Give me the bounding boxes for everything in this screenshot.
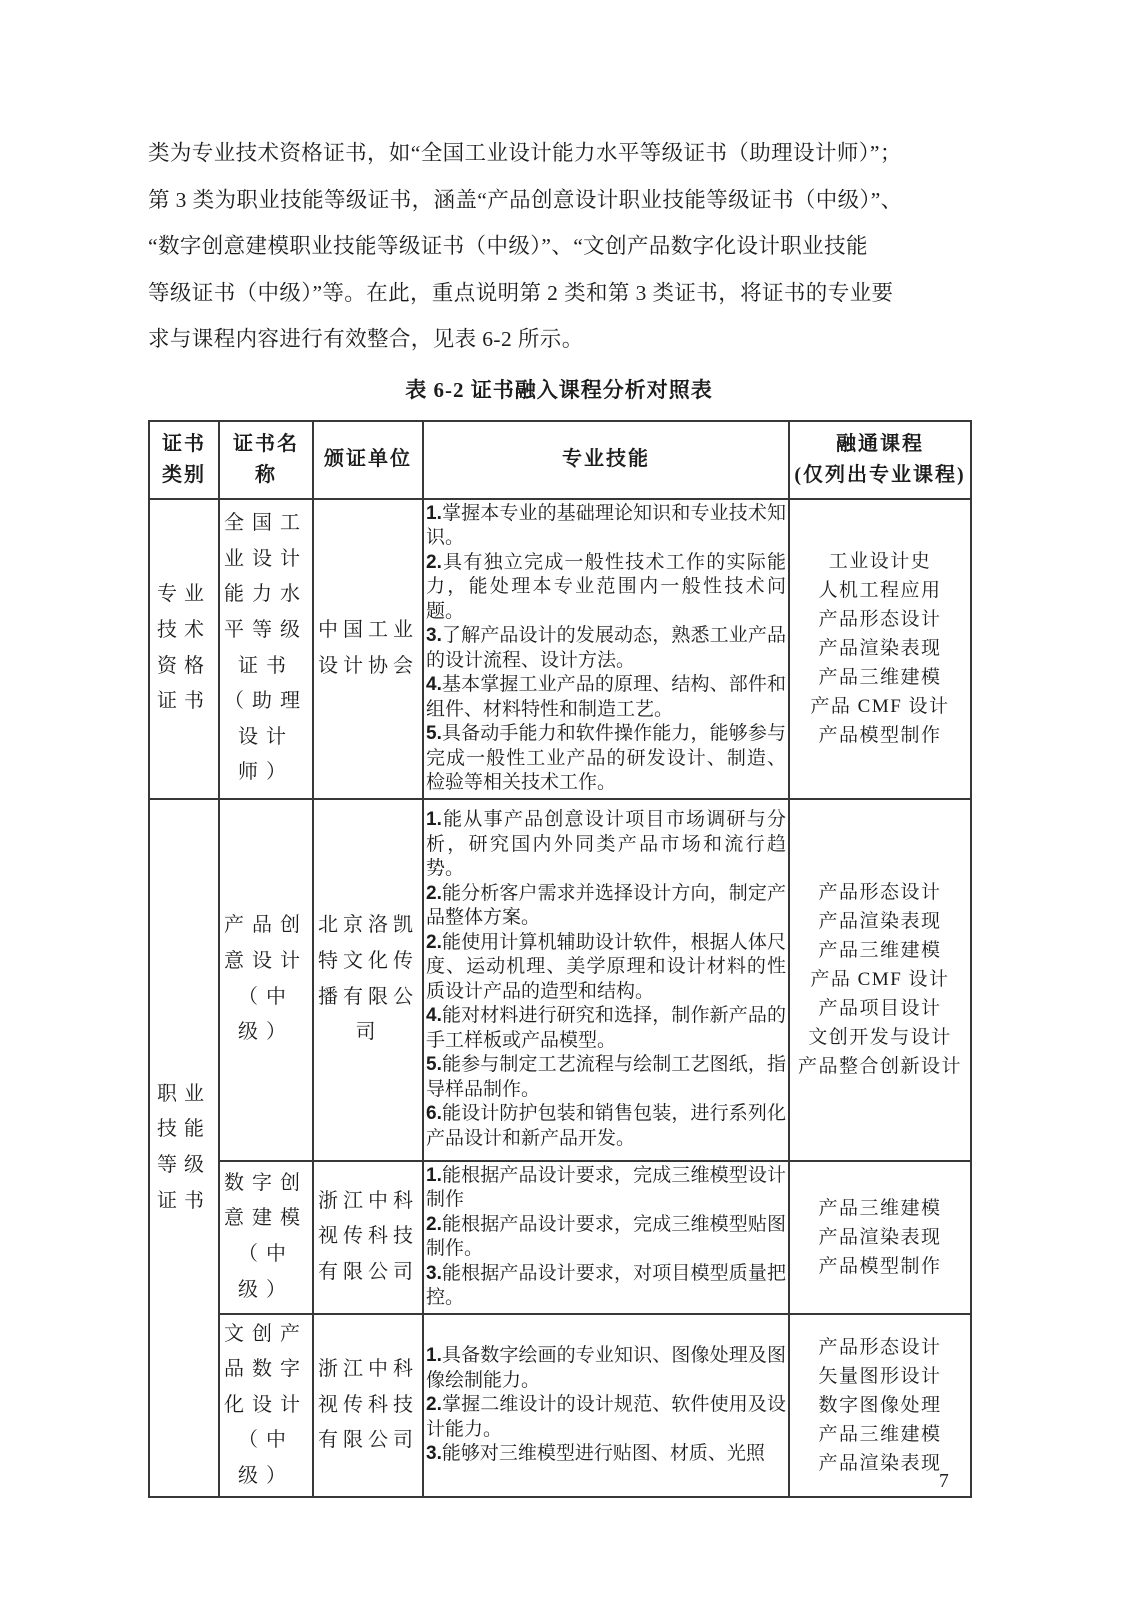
skill-number: 3.: [426, 625, 442, 646]
course-item: 产品形态设计: [792, 605, 968, 634]
cell-integrated-courses: 工业设计史 人机工程应用 产品形态设计 产品渲染表现 产品三维建模 产品 CMF…: [789, 499, 971, 799]
course-item: 产品三维建模: [792, 1420, 968, 1449]
cell-certificate-name: 全国工 业设计 能力水 平等级 证书 （助理 设计师）: [219, 499, 313, 799]
header-certificate-category: 证书 类别: [149, 421, 219, 499]
skill-number: 2.: [426, 1214, 442, 1235]
skill-number: 1.: [426, 1345, 442, 1366]
header-certificate-name: 证书名 称: [219, 421, 313, 499]
table-row: 职业 技能 等级 证书 产品创 意设计 （中级） 北京洛凯 特文化传 播有限公 …: [149, 799, 971, 1161]
cell-certificate-name: 文创产 品数字 化设计 （中级）: [219, 1314, 313, 1498]
skill-item: 4.能对材料进行研究和选择，制作新产品的手工样板或产品模型。: [426, 1004, 786, 1053]
cell-issuing-unit: 浙江中科 视传科技 有限公司: [313, 1314, 423, 1498]
skills-list: 1.能从事产品创意设计项目市场调研与分析，研究国内外同类产品市场和流行趋势。 2…: [426, 808, 786, 1151]
course-item: 文创开发与设计: [792, 1023, 968, 1052]
table-header-row: 证书 类别 证书名 称 颁证单位 专业技能 融通课程 (仅列出专业课程): [149, 421, 971, 499]
skill-item: 1.能根据产品设计要求，完成三维模型设计制作: [426, 1164, 786, 1213]
table-caption: 表 6-2 证书融入课程分析对照表: [148, 374, 970, 404]
cell-issuing-unit: 浙江中科 视传科技 有限公司: [313, 1161, 423, 1314]
skill-item: 3.了解产品设计的发展动态，熟悉工业产品的设计流程、设计方法。: [426, 624, 786, 673]
paragraph-line: 求与课程内容进行有效整合，见表 6-2 所示。: [148, 316, 970, 363]
skill-text: 能够对三维模型进行贴图、材质、光照: [442, 1443, 765, 1464]
course-item: 工业设计史: [792, 547, 968, 576]
skill-item: 6.能设计防护包装和销售包装，进行系列化产品设计和新产品开发。: [426, 1102, 786, 1151]
skill-text: 能参与制定工艺流程与绘制工艺图纸，指导样品制作。: [426, 1054, 786, 1100]
skill-text: 基本掌握工业产品的原理、结构、部件和组件、材料特性和制造工艺。: [426, 674, 786, 720]
courses-list: 产品形态设计 矢量图形设计 数字图像处理 产品三维建模 产品渲染表现: [792, 1333, 968, 1478]
skill-text: 能根据产品设计要求，对项目模型质量把控。: [426, 1263, 786, 1309]
course-item: 产品形态设计: [792, 1333, 968, 1362]
cell-certificate-category: 职业 技能 等级 证书: [149, 799, 219, 1498]
skill-text: 能分析客户需求并选择设计方向，制定产品整体方案。: [426, 883, 786, 929]
skill-item: 3.能够对三维模型进行贴图、材质、光照: [426, 1442, 786, 1467]
skill-text: 能对材料进行研究和选择，制作新产品的手工样板或产品模型。: [426, 1005, 786, 1051]
skill-number: 5.: [426, 723, 442, 744]
course-item: 产品整合创新设计: [792, 1052, 968, 1081]
skill-number: 4.: [426, 1005, 442, 1026]
skill-text: 了解产品设计的发展动态，熟悉工业产品的设计流程、设计方法。: [426, 625, 786, 671]
skill-text: 具备数字绘画的专业知识、图像处理及图像绘制能力。: [426, 1345, 786, 1391]
skill-item: 3.能根据产品设计要求，对项目模型质量把控。: [426, 1262, 786, 1311]
skill-item: 2.掌握二维设计的设计规范、软件使用及设计能力。: [426, 1393, 786, 1442]
cell-certificate-category: 专业 技术 资格 证书: [149, 499, 219, 799]
courses-list: 产品形态设计 产品渲染表现 产品三维建模 产品 CMF 设计 产品项目设计 文创…: [792, 878, 968, 1081]
course-item: 产品三维建模: [792, 663, 968, 692]
skill-item: 2.能使用计算机辅助设计软件，根据人体尺度、运动机理、美学原理和设计材料的性质设…: [426, 931, 786, 1005]
table-row: 专业 技术 资格 证书 全国工 业设计 能力水 平等级 证书 （助理 设计师） …: [149, 499, 971, 799]
cell-issuing-unit: 北京洛凯 特文化传 播有限公 司: [313, 799, 423, 1161]
skill-item: 1.能从事产品创意设计项目市场调研与分析，研究国内外同类产品市场和流行趋势。: [426, 808, 786, 882]
cell-professional-skills: 1.能从事产品创意设计项目市场调研与分析，研究国内外同类产品市场和流行趋势。 2…: [423, 799, 789, 1161]
course-item: 产品模型制作: [792, 721, 968, 750]
paragraph-line: 第 3 类为职业技能等级证书，涵盖“产品创意设计职业技能等级证书（中级）”、: [148, 177, 970, 224]
skill-item: 1.具备数字绘画的专业知识、图像处理及图像绘制能力。: [426, 1344, 786, 1393]
table-row: 数字创 意建模 （中级） 浙江中科 视传科技 有限公司 1.能根据产品设计要求，…: [149, 1161, 971, 1314]
skill-item: 5.能参与制定工艺流程与绘制工艺图纸，指导样品制作。: [426, 1053, 786, 1102]
course-item: 产品渲染表现: [792, 907, 968, 936]
cell-professional-skills: 1.能根据产品设计要求，完成三维模型设计制作 2.能根据产品设计要求，完成三维模…: [423, 1161, 789, 1314]
paragraph-line: 类为专业技术资格证书，如“全国工业设计能力水平等级证书（助理设计师）”；: [148, 130, 970, 177]
skills-list: 1.掌握本专业的基础理论知识和专业技术知识。 2.具有独立完成一般性技术工作的实…: [426, 502, 786, 796]
header-issuing-unit: 颁证单位: [313, 421, 423, 499]
skill-text: 具有独立完成一般性技术工作的实际能力，能处理本专业范围内一般性技术问题。: [426, 552, 786, 622]
course-item: 产品形态设计: [792, 878, 968, 907]
table-row: 文创产 品数字 化设计 （中级） 浙江中科 视传科技 有限公司 1.具备数字绘画…: [149, 1314, 971, 1498]
course-item: 产品三维建模: [792, 936, 968, 965]
cell-professional-skills: 1.具备数字绘画的专业知识、图像处理及图像绘制能力。 2.掌握二维设计的设计规范…: [423, 1314, 789, 1498]
skill-number: 1.: [426, 503, 442, 524]
skill-number: 2.: [426, 883, 442, 904]
course-item: 产品 CMF 设计: [792, 965, 968, 994]
skill-number: 2.: [426, 1394, 442, 1415]
skill-text: 能根据产品设计要求，完成三维模型贴图制作。: [426, 1214, 786, 1260]
cell-professional-skills: 1.掌握本专业的基础理论知识和专业技术知识。 2.具有独立完成一般性技术工作的实…: [423, 499, 789, 799]
course-item: 产品渲染表现: [792, 634, 968, 663]
skill-text: 能从事产品创意设计项目市场调研与分析，研究国内外同类产品市场和流行趋势。: [426, 809, 786, 879]
course-item: 产品渲染表现: [792, 1223, 968, 1252]
skill-item: 1.掌握本专业的基础理论知识和专业技术知识。: [426, 502, 786, 551]
skill-number: 5.: [426, 1054, 442, 1075]
course-item: 产品项目设计: [792, 994, 968, 1023]
skill-text: 能根据产品设计要求，完成三维模型设计制作: [426, 1165, 786, 1211]
skill-text: 掌握本专业的基础理论知识和专业技术知识。: [426, 503, 786, 549]
skill-item: 4.基本掌握工业产品的原理、结构、部件和组件、材料特性和制造工艺。: [426, 673, 786, 722]
cell-certificate-name: 产品创 意设计 （中级）: [219, 799, 313, 1161]
courses-list: 工业设计史 人机工程应用 产品形态设计 产品渲染表现 产品三维建模 产品 CMF…: [792, 547, 968, 750]
skill-number: 2.: [426, 932, 442, 953]
skill-item: 5.具备动手能力和软件操作能力，能够参与完成一般性工业产品的研发设计、制造、检验…: [426, 722, 786, 796]
course-item: 产品 CMF 设计: [792, 692, 968, 721]
cell-integrated-courses: 产品三维建模 产品渲染表现 产品模型制作: [789, 1161, 971, 1314]
skill-number: 3.: [426, 1443, 442, 1464]
course-item: 数字图像处理: [792, 1391, 968, 1420]
skills-list: 1.具备数字绘画的专业知识、图像处理及图像绘制能力。 2.掌握二维设计的设计规范…: [426, 1344, 786, 1467]
skill-number: 2.: [426, 552, 442, 573]
skills-list: 1.能根据产品设计要求，完成三维模型设计制作 2.能根据产品设计要求，完成三维模…: [426, 1164, 786, 1311]
cell-certificate-name: 数字创 意建模 （中级）: [219, 1161, 313, 1314]
skill-item: 2.能根据产品设计要求，完成三维模型贴图制作。: [426, 1213, 786, 1262]
cell-integrated-courses: 产品形态设计 产品渲染表现 产品三维建模 产品 CMF 设计 产品项目设计 文创…: [789, 799, 971, 1161]
skill-item: 2.能分析客户需求并选择设计方向，制定产品整体方案。: [426, 882, 786, 931]
cell-issuing-unit: 中国工业 设计协会: [313, 499, 423, 799]
cell-integrated-courses: 产品形态设计 矢量图形设计 数字图像处理 产品三维建模 产品渲染表现: [789, 1314, 971, 1498]
skill-text: 具备动手能力和软件操作能力，能够参与完成一般性工业产品的研发设计、制造、检验等相…: [426, 723, 786, 793]
skill-number: 4.: [426, 674, 442, 695]
course-item: 产品三维建模: [792, 1194, 968, 1223]
document-content: 类为专业技术资格证书，如“全国工业设计能力水平等级证书（助理设计师）”； 第 3…: [148, 130, 970, 1498]
courses-list: 产品三维建模 产品渲染表现 产品模型制作: [792, 1194, 968, 1281]
skill-number: 1.: [426, 809, 442, 830]
paragraph-line: 等级证书（中级）”等。在此，重点说明第 2 类和第 3 类证书，将证书的专业要: [148, 270, 970, 317]
course-item: 矢量图形设计: [792, 1362, 968, 1391]
header-integrated-courses: 融通课程 (仅列出专业课程): [789, 421, 971, 499]
skill-text: 能使用计算机辅助设计软件，根据人体尺度、运动机理、美学原理和设计材料的性质设计产…: [426, 932, 786, 1002]
course-item: 人机工程应用: [792, 576, 968, 605]
skill-number: 1.: [426, 1165, 442, 1186]
skill-number: 3.: [426, 1263, 442, 1284]
header-professional-skills: 专业技能: [423, 421, 789, 499]
body-paragraph: 类为专业技术资格证书，如“全国工业设计能力水平等级证书（助理设计师）”； 第 3…: [148, 130, 970, 363]
skill-number: 6.: [426, 1103, 442, 1124]
certificate-course-table: 证书 类别 证书名 称 颁证单位 专业技能 融通课程 (仅列出专业课程) 专业 …: [148, 420, 972, 1499]
course-item: 产品模型制作: [792, 1252, 968, 1281]
page-number: 7: [939, 1471, 949, 1493]
skill-text: 能设计防护包装和销售包装，进行系列化产品设计和新产品开发。: [426, 1103, 786, 1149]
skill-text: 掌握二维设计的设计规范、软件使用及设计能力。: [426, 1394, 786, 1440]
paragraph-line: “数字创意建模职业技能等级证书（中级）”、“文创产品数字化设计职业技能: [148, 223, 970, 270]
skill-item: 2.具有独立完成一般性技术工作的实际能力，能处理本专业范围内一般性技术问题。: [426, 551, 786, 625]
